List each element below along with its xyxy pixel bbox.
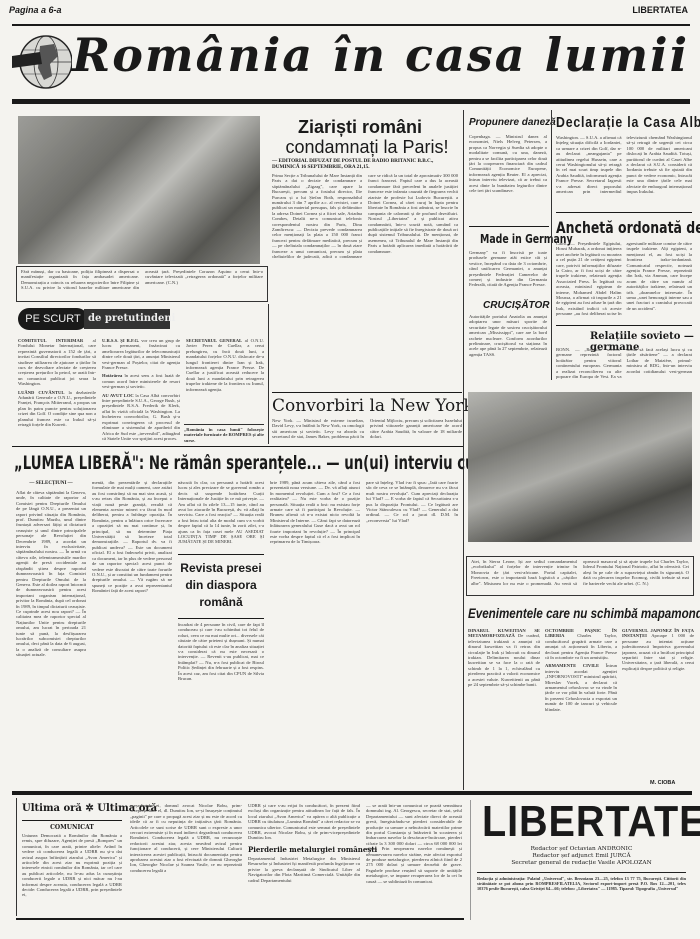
photo-police-philippines [18, 116, 260, 264]
editor-in-chief: Redactor șef Octavian ANDRONIC [471, 846, 692, 853]
page-number: Pagina a 6-a [9, 5, 62, 15]
ultima-ora-col2: președintele ei, domnul avocat Nicolae B… [130, 803, 242, 916]
sierra-caption-box: Atei, în Sierra Leone, își are sediul co… [466, 556, 694, 596]
pe-scurt-badge: PE SCURT de pretutindeni [18, 308, 168, 332]
colophon-address: Redacția și administrația: Palatul „Univ… [471, 876, 692, 896]
pe-scurt-sublabel: de pretutindeni [84, 309, 170, 329]
colophon-staff: Redactor șef Octavian ANDRONIC Redactor … [471, 846, 692, 867]
relatii-body: BONN. — „Relațiile sovieto-germane repre… [556, 347, 692, 380]
paper-name-folio: LIBERTATEA [632, 5, 688, 15]
made-in-germany-body: Germany" va fi înscrisă pe toate produse… [469, 250, 547, 296]
convorbiri-title: Convorbiri la New York [272, 396, 462, 416]
footer-rule [12, 791, 692, 795]
revista-body: încadrat de 4 persoane în civil, care de… [178, 622, 264, 785]
pe-scurt-item: AU AVUT LOC la Casa Albă convorbiri într… [102, 393, 180, 442]
rule [178, 554, 264, 555]
selectiuni-label: — SELECȚIUNI — [16, 481, 86, 486]
pierderile-title: Pierderile metalurgiei românești [248, 845, 360, 854]
ultima-ora-col1: Uniunea Democrată a Românilor din Români… [22, 833, 122, 916]
ultima-ora-col4: — se arată într-un comunicat ce poartă s… [366, 803, 462, 916]
rule [272, 392, 462, 393]
colophon-name: LIBERTATEA [482, 800, 681, 844]
revista-title: Revista presei din diaspora română [178, 560, 264, 611]
crucisator-body: Autoritățile portului Anatolia au anunța… [469, 314, 547, 372]
revista-line-3: română [178, 594, 264, 611]
pe-scurt-label: PE SCURT [18, 308, 88, 330]
rule [469, 226, 549, 227]
deputy-editor: Redactor șef adjunct Emil JURCĂ [471, 853, 692, 860]
pe-scurt-item: COMITETUL INTERIMAR al Fondului Monetar … [18, 338, 96, 387]
evenimente-title: Evenimentele care nu schimbă mapamondul,… [468, 606, 700, 621]
ziaristi-title-2: condamnați la Paris! [272, 137, 462, 157]
rule [178, 618, 264, 619]
pe-scurt-footnote: „România în casa lumii" folosește materi… [184, 424, 264, 442]
photo-caption-box: Fără mănuși, dar cu bastoane, poliția fi… [16, 266, 268, 302]
rule [556, 212, 692, 213]
lumea-libera-col2: mentă, din prezentările și declarațiile … [92, 480, 172, 785]
rule [16, 918, 464, 920]
column-divider [463, 400, 464, 790]
evenimente-signature: M. CIOBA [650, 780, 675, 786]
mubarak-title: Anchetă ordonată de Hosni Mubarak [556, 218, 700, 237]
lumea-libera-col4: brie 1989, până acum câteva zile, când a… [270, 480, 360, 785]
masthead-rule [12, 99, 690, 104]
propunere-body: Copenhaga. — Ministrul danez al economie… [469, 134, 547, 234]
mubarak-body: Cairo. — Președintele Egiptului, Hosni M… [556, 241, 692, 323]
ultima-ora-col3: UDRR și care s-au erijat în conducători,… [248, 803, 360, 840]
rule [12, 446, 464, 447]
column-divider [551, 110, 552, 380]
ziaristi-subtitle: — EDITORIAL DIFUZAT DE POSTUL DE RADIO B… [272, 158, 462, 170]
header-rule [12, 24, 690, 26]
photo-sierra-leone [468, 392, 692, 542]
sierra-caption: Atei, în Sierra Leone, își are sediul co… [471, 559, 689, 593]
evenimente-item: GUVERNUL JAPONEZ ÎN FAȚA INSTANȚEI Aproa… [622, 628, 694, 671]
pierderile-body: Departamentul Industriei Metalurgice din… [248, 856, 360, 916]
revista-line-1: Revista presei [178, 560, 264, 577]
pe-scurt-item: Hotărârea în acest sens a fost luată de … [102, 373, 180, 389]
convorbiri-body: New York. — Ministrul de externe israeli… [272, 418, 462, 444]
section-masthead: România în casa lumii [72, 28, 692, 92]
propunere-title: Propunere daneză [469, 117, 556, 128]
evenimente-item: DINARUL KUWEITIAN SE METAMORFOZEAZĂ De c… [468, 628, 540, 687]
globe-icon [12, 30, 72, 92]
lumea-libera-col3: născută în clar, ca persoană a hotărît a… [178, 480, 264, 552]
pe-scurt-item: SECRETARUL GENERAL al O.N.U. Javier Pere… [186, 338, 264, 392]
evenimente-list: DINARUL KUWEITIAN SE METAMORFOZEAZĂ De c… [468, 628, 694, 780]
lumea-libera-col5: pare să înțeleg. Vlad i-ar fi spus: „Iat… [366, 480, 458, 785]
rule [22, 820, 122, 821]
casa-alba-title: Declarație la Casa Albă [556, 114, 700, 131]
rule [556, 325, 692, 326]
comunicat-title: COMUNICAT [22, 824, 122, 831]
column-divider [463, 110, 464, 430]
pe-scurt-item: U.R.S.S. ȘI R.F.G. vor crea un grup de l… [102, 338, 180, 370]
secretary-general: Secretar general de redacție Vasile APOL… [471, 860, 692, 867]
ziaristi-title-1: Ziariști români [272, 117, 448, 137]
column-divider [268, 304, 269, 444]
evenimente-item: ARMAMENTE CIVILE Întrun interviu acordat… [545, 663, 617, 712]
lumea-libera-col1: Aflat de câteva săptămâni la Geneva, und… [16, 490, 86, 785]
casa-alba-body: Washington. — S.U.A. a afirmat că înțele… [556, 135, 692, 208]
colophon: LIBERTATEA Redactor șef Octavian ANDRONI… [470, 800, 692, 920]
rule [477, 872, 686, 873]
pe-scurt-item: LUÂND CUVÂNTUL la dezbaterile Adunării G… [18, 390, 96, 428]
evenimente-item: OCTOMBRIE PAŞNIC ÎN LIBERIA Charles Tayl… [545, 628, 617, 660]
crucisator-title: CRUCIȘĂTOR [483, 300, 549, 311]
revista-line-2: din diaspora [178, 577, 264, 594]
photo-caption: Fără mănuși, dar cu bastoane, poliția fi… [21, 269, 263, 299]
